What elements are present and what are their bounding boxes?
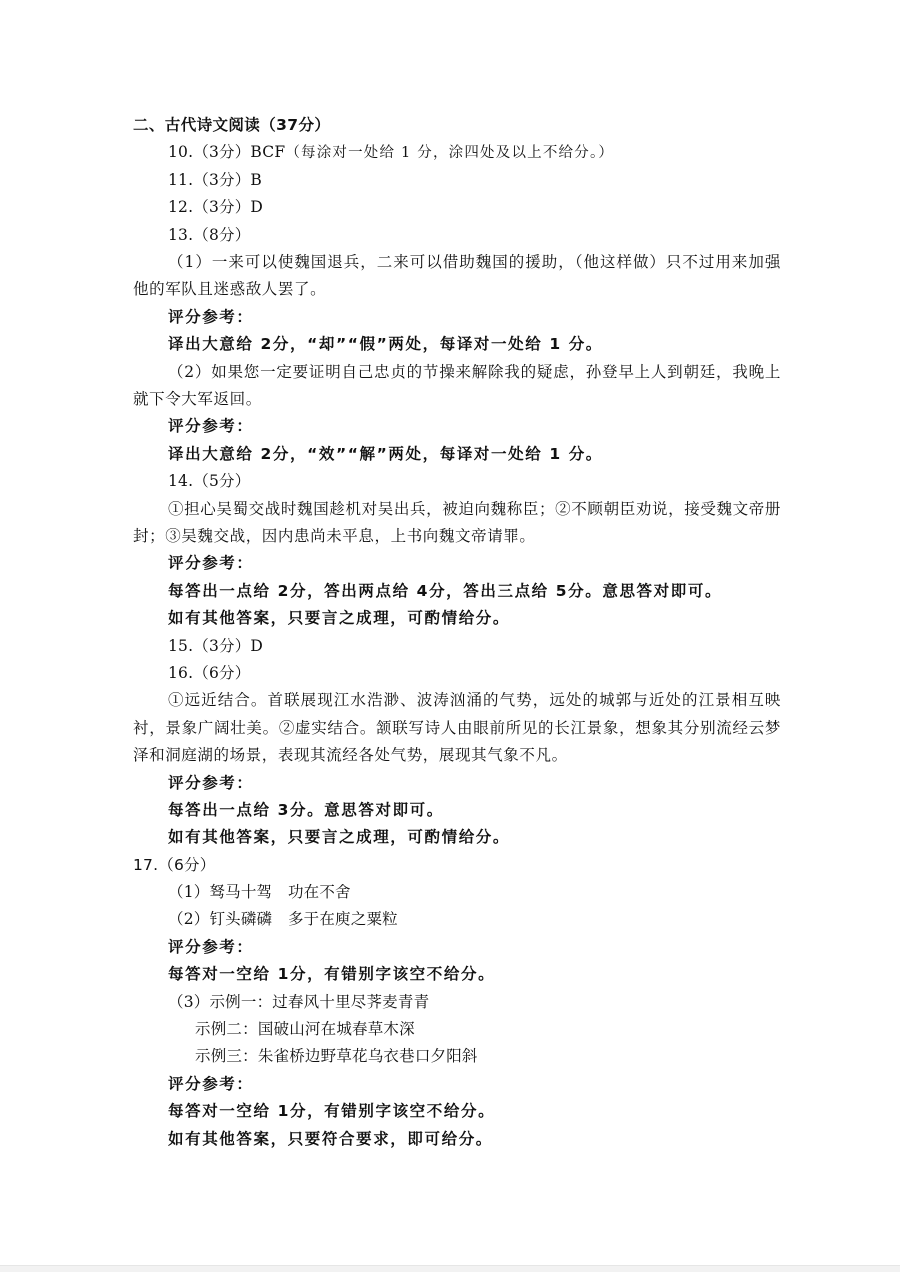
example-3-label: 示例三：: [195, 1043, 258, 1070]
example-3-text: 朱雀桥边野草花乌衣巷口夕阳斜: [258, 1047, 478, 1065]
question-17-scoring-2b: 如有其他答案，只要符合要求，即可给分。: [133, 1126, 781, 1153]
question-13-part1-scoring: 译出大意给 2分，“却”“假”两处，每译对一处给 1 分。: [133, 331, 781, 358]
question-17-item-1: （1）驽马十驾 功在不舍: [133, 879, 781, 906]
question-13-part1-answer: （1）一来可以使魏国退兵，二来可以借助魏国的援助，（他这样做）只不过用来加强他的…: [133, 249, 781, 304]
question-12: 12.（3分）D: [133, 194, 781, 221]
question-10-label: 10.（3分）BCF: [168, 143, 285, 161]
section-title: 二、古代诗文阅读（37分）: [133, 112, 781, 139]
example-2-label: 示例二：: [195, 1016, 258, 1043]
question-16-scoring-1: 每答出一点给 3分。意思答对即可。: [133, 797, 781, 824]
document-page: 二、古代诗文阅读（37分） 10.（3分）BCF（每涂对一处给 1 分，涂四处及…: [0, 0, 900, 1265]
question-13-part2-scoring-title: 评分参考：: [133, 413, 781, 440]
question-10-note: （每涂对一处给 1 分，涂四处及以上不给分。）: [285, 145, 614, 161]
question-14-scoring-2: 如有其他答案，只要言之成理，可酌情给分。: [133, 605, 781, 632]
question-17-scoring-title-2: 评分参考：: [133, 1071, 781, 1098]
question-16-answer: ①远近结合。首联展现江水浩渺、波涛汹涌的气势，远处的城郭与近处的江景相互映衬，景…: [133, 687, 781, 769]
question-17-part3-label: （3）: [168, 993, 209, 1011]
question-13-part1-scoring-title: 评分参考：: [133, 304, 781, 331]
question-14-scoring-1: 每答出一点给 2分，答出两点给 4分，答出三点给 5分。意思答对即可。: [133, 578, 781, 605]
question-14: 14.（5分）: [133, 468, 781, 495]
question-16-scoring-2: 如有其他答案，只要言之成理，可酌情给分。: [133, 824, 781, 851]
question-13: 13.（8分）: [133, 222, 781, 249]
question-16-scoring-title: 评分参考：: [133, 770, 781, 797]
question-14-answer: ①担心吴蜀交战时魏国趁机对吴出兵，被迫向魏称臣；②不顾朝臣劝说，接受魏文帝册封；…: [133, 496, 781, 551]
example-1-label: 示例一：: [209, 989, 272, 1016]
example-1-text: 过春风十里尽荠麦青青: [272, 993, 429, 1011]
question-17-part3-example-3: 示例三：朱雀桥边野草花乌衣巷口夕阳斜: [133, 1043, 781, 1070]
question-17: 17.（6分）: [133, 852, 781, 879]
question-10: 10.（3分）BCF（每涂对一处给 1 分，涂四处及以上不给分。）: [133, 139, 781, 166]
question-17-scoring-2a: 每答对一空给 1分，有错别字该空不给分。: [133, 1098, 781, 1125]
question-15: 15.（3分）D: [133, 633, 781, 660]
question-17-part3-example-2: 示例二：国破山河在城春草木深: [133, 1016, 781, 1043]
question-17-item-2: （2）钉头磷磷 多于在庾之粟粒: [133, 906, 781, 933]
question-13-part2-scoring: 译出大意给 2分，“效”“解”两处，每译对一处给 1 分。: [133, 441, 781, 468]
question-13-part2-answer: （2）如果您一定要证明自己忠贞的节操来解除我的疑虑，孙登早上人到朝廷，我晚上就下…: [133, 359, 781, 414]
question-17-scoring-title-1: 评分参考：: [133, 934, 781, 961]
question-17-part3-example-1: （3）示例一：过春风十里尽荠麦青青: [133, 989, 781, 1016]
example-2-text: 国破山河在城春草木深: [258, 1020, 415, 1038]
question-11: 11.（3分）B: [133, 167, 781, 194]
question-16: 16.（6分）: [133, 660, 781, 687]
answer-key-content: 二、古代诗文阅读（37分） 10.（3分）BCF（每涂对一处给 1 分，涂四处及…: [133, 112, 781, 1153]
question-14-scoring-title: 评分参考：: [133, 550, 781, 577]
question-17-scoring-1: 每答对一空给 1分，有错别字该空不给分。: [133, 961, 781, 988]
page-bottom-edge: [0, 1265, 900, 1272]
